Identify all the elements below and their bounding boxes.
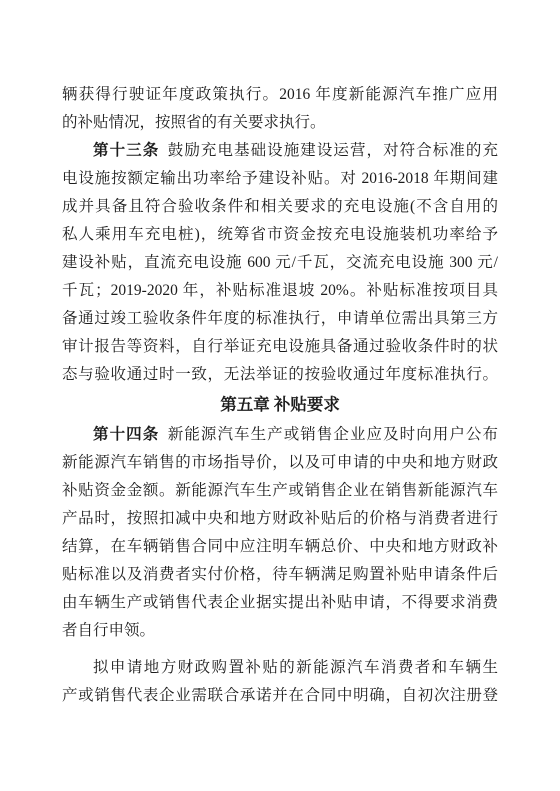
text-line: 结算，在车辆销售合同中应注明车辆总价、中央和地方财政补 [62, 533, 498, 561]
text-line: 态与验收通过时一致，无法举证的按验收通过年度标准执行。 [62, 361, 498, 389]
article-number: 第十三条 [93, 142, 159, 159]
article-13-first-line: 第十三条鼓励充电基础设施建设运营，对符合标准的充 [62, 137, 498, 165]
text-line: 拟申请地方财政购置补贴的新能源汽车消费者和车辆生 [62, 654, 498, 682]
text-line: 成并具备且符合验收条件和相关要求的充电设施(不含自用的 [62, 193, 498, 221]
line-text: 鼓励充电基础设施建设运营，对符合标准的充 [168, 142, 498, 159]
article-14-first-line: 第十四条新能源汽车生产或销售企业应及时向用户公布 [62, 421, 498, 449]
text-line: 辆获得行驶证年度政策执行。2016 年度新能源汽车推广应用 [62, 81, 498, 109]
text-line: 由车辆生产或销售代表企业据实提出补贴申请，不得要求消费 [62, 589, 498, 617]
article-number: 第十四条 [93, 426, 159, 443]
text-line: 千瓦；2019-2020 年，补贴标准退坡 20%。补贴标准按项目具 [62, 277, 498, 305]
text-line: 电设施按额定输出功率给予建设补贴。对 2016-2018 年期间建 [62, 165, 498, 193]
document-page: 辆获得行驶证年度政策执行。2016 年度新能源汽车推广应用 的补贴情况，按照省的… [0, 0, 560, 791]
text-line: 审计报告等资料，自行举证充电设施具备通过验收条件时的状 [62, 333, 498, 361]
text-line: 建设补贴，直流充电设施 600 元/千瓦，交流充电设施 300 元/ [62, 249, 498, 277]
text-line: 产或销售代表企业需联合承诺并在合同中明确，自初次注册登 [62, 682, 498, 710]
chapter-heading: 第五章 补贴要求 [62, 391, 498, 419]
text-line: 备通过竣工验收条件年度的标准执行，申请单位需出具第三方 [62, 305, 498, 333]
text-line: 产品时，按照扣减中央和地方财政补贴后的价格与消费者进行 [62, 505, 498, 533]
text-line: 补贴资金金额。新能源汽车生产或销售企业在销售新能源汽车 [62, 477, 498, 505]
text-line: 贴标准以及消费者实付价格，待车辆满足购置补贴申请条件后 [62, 561, 498, 589]
text-line: 者自行申领。 [62, 617, 498, 645]
line-text: 新能源汽车生产或销售企业应及时向用户公布 [168, 426, 498, 443]
text-line: 的补贴情况，按照省的有关要求执行。 [62, 109, 498, 137]
text-line: 私人乘用车充电桩)，统筹省市资金按充电设施装机功率给予 [62, 221, 498, 249]
text-line: 新能源汽车销售的市场指导价，以及可申请的中央和地方财政 [62, 449, 498, 477]
